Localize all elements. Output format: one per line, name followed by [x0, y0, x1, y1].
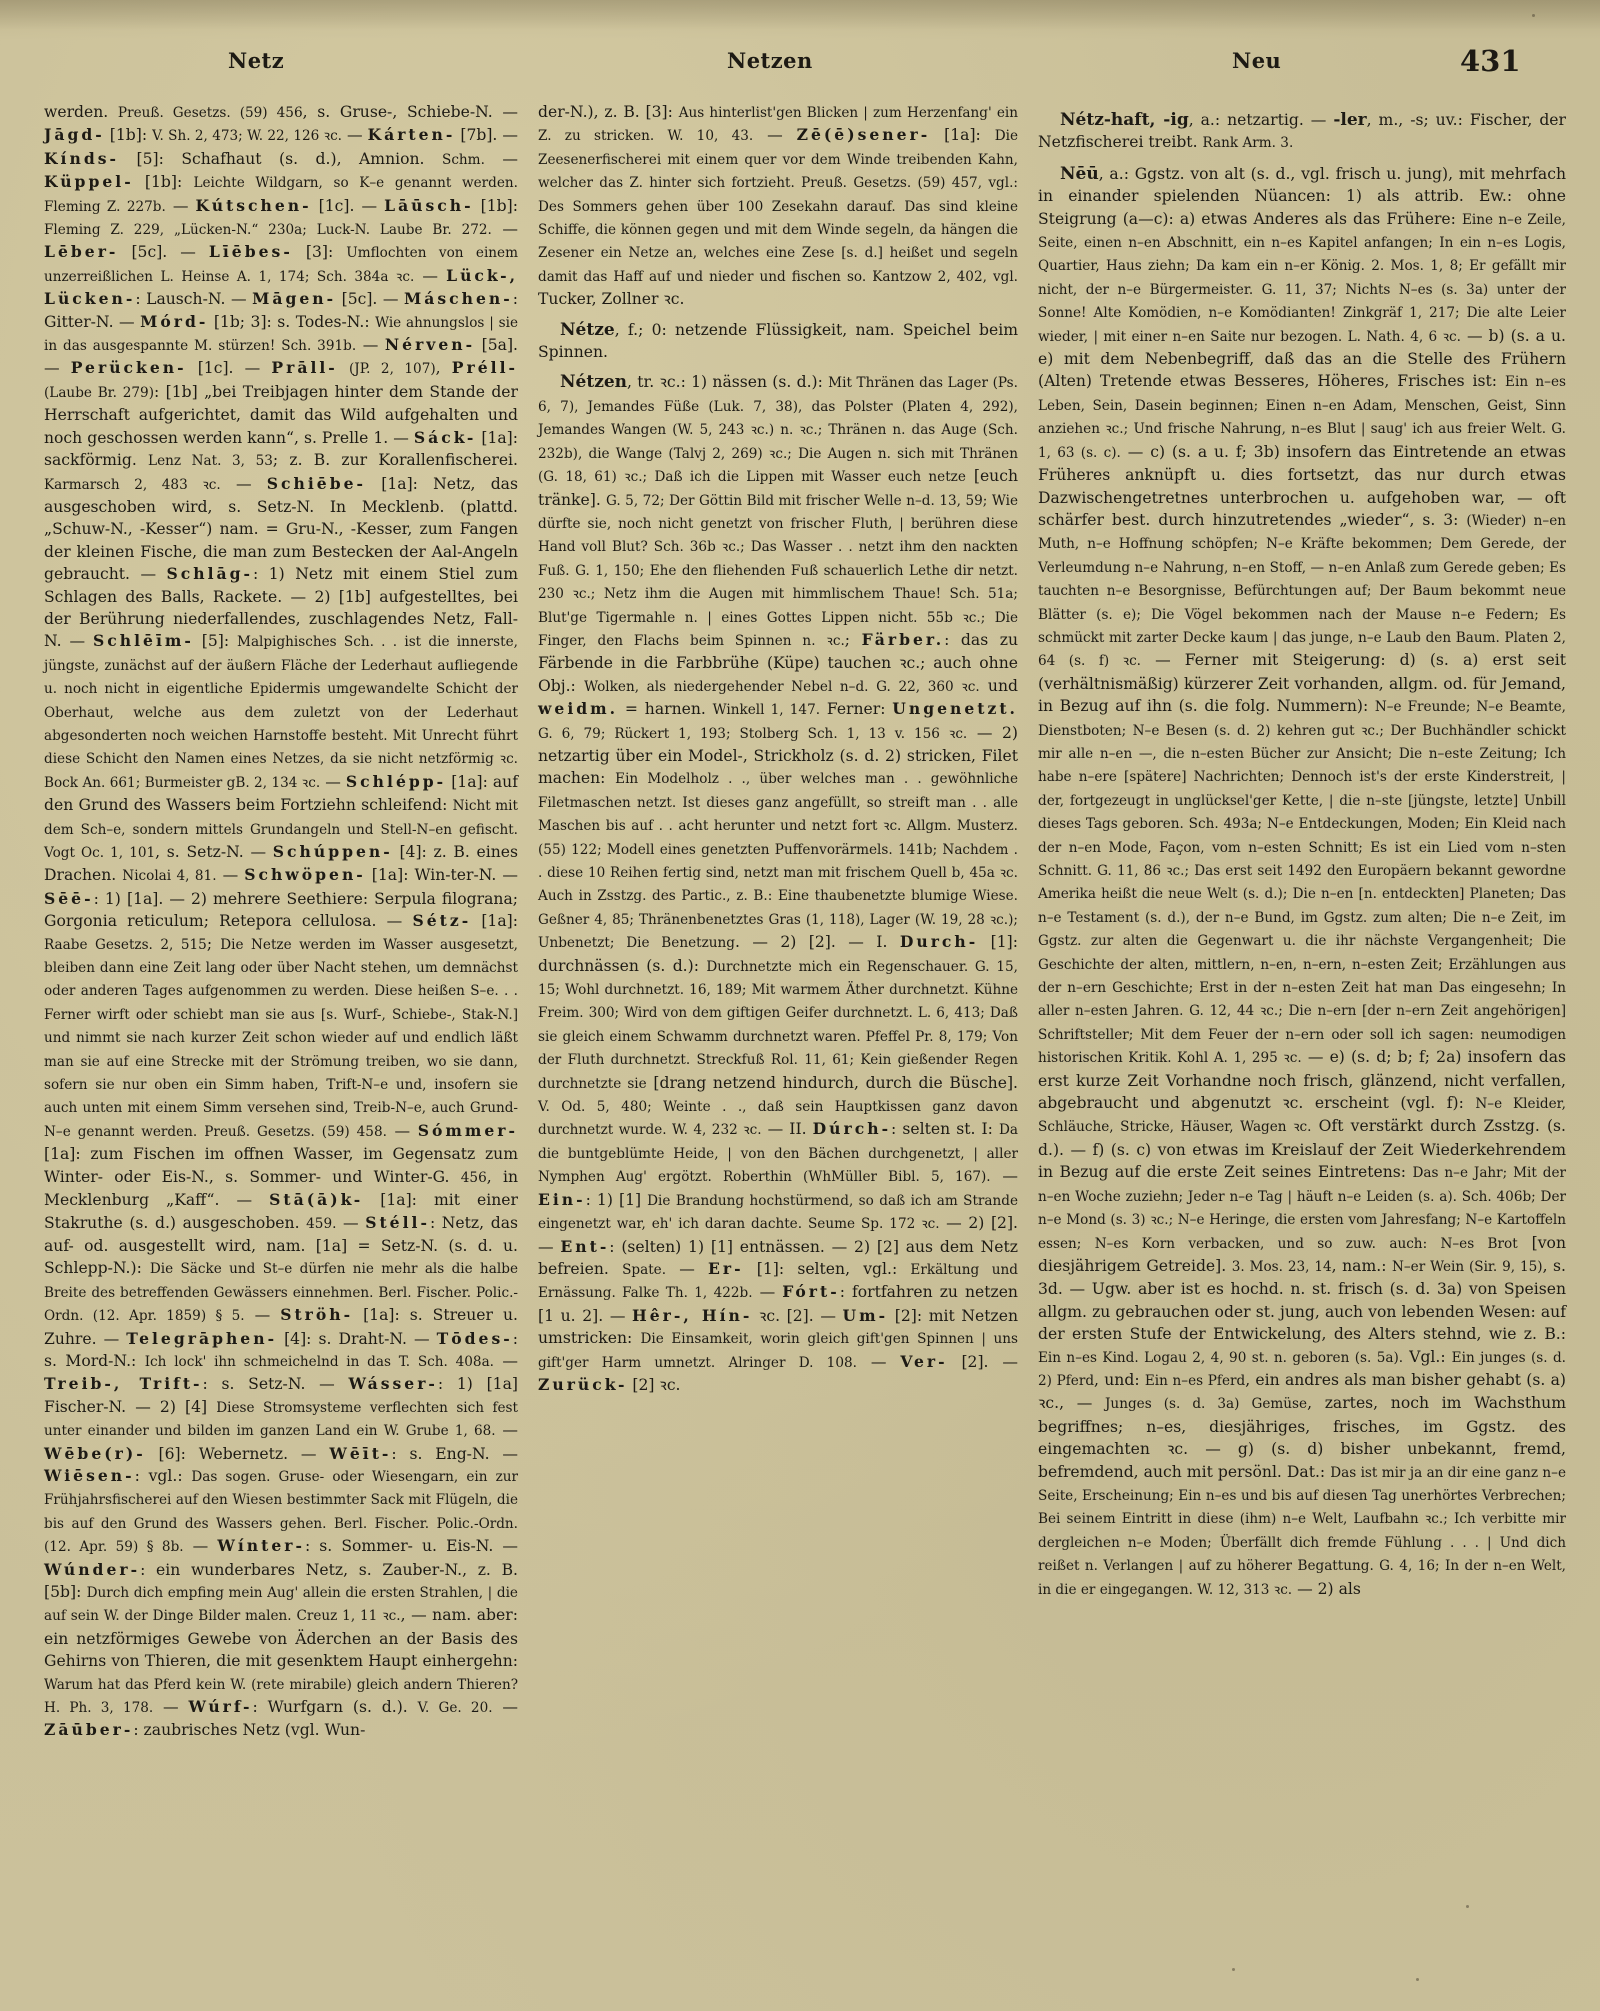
citation-text: Ein Modelholz . ., über welches man . . …: [538, 771, 1018, 951]
citation-text: V. Ge. 20.: [418, 1700, 493, 1716]
compound-lemma: Telegrāphen-: [126, 1329, 277, 1348]
compound-lemma: Zāūber-: [44, 1720, 133, 1739]
compound-lemma: Máschen-: [404, 289, 513, 308]
compound-lemma: Ungenetzt.: [892, 699, 1018, 718]
citation-text: Schm.: [442, 152, 485, 168]
compound-lemma: Wēbe(r)-: [44, 1444, 146, 1463]
definition-text: : s. Sommer- u. Eis-N. —: [305, 1537, 518, 1555]
headword: Nétze: [560, 320, 615, 340]
compound-lemma: Schwöpen-: [244, 865, 366, 884]
compound-lemma: Zurück-: [538, 1375, 627, 1394]
compound-lemma: Schlāg-: [167, 564, 254, 583]
entry-continuation: der-N.), z. B. [3]: Aus hinterlist'gen B…: [538, 101, 1018, 311]
citation-text: Preuß. Gesetzs. (59) 456: [118, 105, 303, 121]
column-left: werden. Preuß. Gesetzs. (59) 456, s. Gru…: [44, 101, 518, 1742]
column-right: Nétz-haft, -ig, a.: netzartig. — -ler, m…: [1038, 101, 1566, 1601]
compound-lemma: Sétz-: [412, 911, 471, 930]
compound-lemma: Färber.: [862, 630, 945, 649]
citation-text: (Laube Br. 279): [44, 385, 154, 401]
compound-lemma: weidm.: [538, 699, 618, 718]
headword: Nétzen: [560, 372, 627, 392]
paper-speck: [1232, 1968, 1235, 1971]
compound-lemma: Hêr-, Hín-: [632, 1306, 752, 1325]
definition-text: [1c]. —: [187, 359, 272, 377]
compound-lemma: Wásser-: [348, 1374, 437, 1393]
definition-text: ; z. B. zur Korallenfischerei.: [273, 451, 518, 469]
definition-text: [7b]. —: [455, 126, 518, 144]
definition-text: —: [753, 126, 796, 144]
definition-text: , nam.:: [1332, 1257, 1392, 1275]
compound-lemma: Māgen-: [252, 289, 336, 308]
citation-text: N–er Wein (Sir. 9, 15): [1392, 1259, 1543, 1275]
citation-text: (Wieder) n–en Muth, n–e Hoffnung schöpfe…: [1038, 513, 1566, 669]
definition-text: : zaubrisches Netz (vgl. Wun-: [133, 1721, 365, 1739]
compound-lemma: Līēbes-: [209, 242, 293, 261]
definition-text: [2] ꝛc.: [627, 1376, 680, 1394]
paper-speck: [1416, 1978, 1419, 1981]
compound-lemma: Zē(ē)sener-: [797, 125, 931, 144]
definition-text: —: [245, 1306, 281, 1324]
citation-text: Spate.: [622, 1262, 666, 1278]
compound-lemma: Kútschen-: [196, 196, 312, 215]
definition-text: [1b]:: [134, 173, 194, 191]
definition-text: , s. Setz-N. —: [155, 843, 273, 861]
citation-text: Die Netze werden im Wasser ausgesetzt, b…: [44, 937, 518, 1140]
column-middle: der-N.), z. B. [3]: Aus hinterlist'gen B…: [538, 101, 1018, 1396]
citation-text: Nicolai 4, 81.: [122, 868, 216, 884]
compound-lemma: Kínds-: [44, 149, 119, 168]
compound-lemma: Treib-, Trift-: [44, 1374, 203, 1393]
citation-text: N–e Freunde; N–e Beamte, Dienstboten; N–…: [1038, 699, 1566, 1066]
definition-text: : Wurfgarn (s. d.).: [253, 1698, 418, 1716]
definition-text: [1b; 3]: s. Todes-N.:: [208, 313, 375, 331]
compound-lemma: Fórt-: [782, 1282, 840, 1301]
definition-text: —: [857, 1353, 900, 1371]
citation-text: Rank Arm. 3.: [1203, 135, 1294, 151]
citation-text: 3. Mos. 23, 14: [1232, 1259, 1332, 1275]
paper-speck: [1466, 1905, 1469, 1908]
definition-text: , a.: netzartig. —: [1189, 111, 1334, 129]
definition-text: — II.: [762, 1120, 813, 1138]
definition-text: — 2) als: [1292, 1580, 1361, 1598]
compound-lemma: Lēber-: [44, 242, 118, 261]
definition-text: und: [980, 677, 1018, 695]
definition-text: [5c]. —: [118, 243, 209, 261]
compound-lemma: Ströh-: [280, 1305, 353, 1324]
compound-lemma: Durch-: [900, 932, 978, 951]
running-head-right: Neu: [1232, 48, 1281, 73]
definition-text: —: [356, 336, 385, 354]
definition-text: ,: [436, 359, 452, 377]
compound-lemma: Schlēīm-: [93, 631, 194, 650]
dictionary-entry: Nēū, a.: Ggstz. von alt (s. d., vgl. fri…: [1038, 163, 1566, 1601]
compound-lemma: Ein-: [538, 1190, 586, 1209]
definition-text: ;: [845, 631, 862, 649]
compound-lemma: Ent-: [560, 1237, 609, 1256]
definition-text: : 1) [1]: [586, 1191, 648, 1209]
headword: Nétz-haft, -ig: [1060, 110, 1189, 130]
citation-text: Wolken, als niedergehender Nebel n–d. G.…: [584, 679, 980, 695]
paper-speck: [1532, 14, 1535, 17]
compound-lemma: Schlépp-: [346, 772, 446, 791]
citation-text: Ein n–es Pferd: [1145, 1373, 1245, 1389]
compound-lemma: Nérven-: [385, 335, 475, 354]
dictionary-entry: Nétz-haft, -ig, a.: netzartig. — -ler, m…: [1038, 109, 1566, 155]
running-head: Netz Netzen Neu 431: [0, 48, 1600, 88]
definition-text: —: [485, 150, 518, 168]
definition-text: —: [217, 866, 245, 884]
citation-text: Raabe Gesetzs. 2, 515: [44, 937, 207, 953]
compound-lemma: Wínter-: [217, 1536, 305, 1555]
compound-lemma: Sēē-: [44, 889, 94, 908]
compound-lemma: Er-: [708, 1259, 744, 1278]
compound-lemma: Préll-: [452, 358, 518, 377]
definition-text: ;: [207, 935, 220, 953]
citation-text: Das ist mir ja an dir eine ganz n–e Seit…: [1038, 1465, 1566, 1598]
compound-lemma: Um-: [843, 1306, 889, 1325]
definition-text: —: [492, 220, 518, 238]
citation-text: Durchnetzte mich ein Regenschauer. G. 15…: [538, 959, 1018, 1092]
definition-text: : vgl.:: [135, 1467, 192, 1485]
definition-text: , tr. ꝛc.: 1) nässen (s. d.):: [627, 373, 828, 391]
page-top-edge: [0, 0, 1600, 30]
definition-text: —: [753, 1283, 783, 1301]
compound-lemma: Stéll-: [365, 1213, 430, 1232]
compound-lemma: Perücken-: [71, 358, 187, 377]
headword: -ler: [1333, 110, 1366, 130]
citation-text: Winkell 1, 147.: [713, 702, 820, 718]
compound-lemma: Küppel-: [44, 172, 134, 191]
running-head-left: Netz: [228, 48, 284, 73]
definition-text: —: [666, 1260, 708, 1278]
compound-lemma: Wēīt-: [329, 1444, 391, 1463]
running-head-center: Netzen: [727, 48, 813, 73]
entry-continuation: werden. Preuß. Gesetzs. (59) 456, s. Gru…: [44, 101, 518, 1742]
compound-lemma: Mórd-: [140, 312, 208, 331]
compound-lemma: Kárten-: [368, 125, 456, 144]
citation-text: 459.: [306, 1216, 336, 1232]
citation-text: G. 6, 79; Rückert 1, 193; Stolberg Sch. …: [538, 726, 967, 742]
definition-text: [5c]. —: [336, 290, 404, 308]
compound-lemma: Schiēbe-: [267, 474, 366, 493]
compound-lemma: Tōdes-: [437, 1329, 513, 1348]
definition-text: ꝛc. [2]. —: [752, 1307, 842, 1325]
citation-text: Eine n–e Zeile, Seite, einen n–en Abschn…: [1038, 212, 1566, 345]
definition-text: —: [387, 1122, 418, 1140]
definition-text: [1a]:: [471, 912, 518, 930]
definition-text: : s. Eng-N. —: [391, 1445, 518, 1463]
compound-lemma: Sáck-: [414, 428, 477, 447]
definition-text: —: [494, 1352, 518, 1370]
citation-text: (JP. 2, 107): [349, 361, 436, 377]
definition-text: —: [342, 126, 368, 144]
definition-text: [1b]:: [474, 197, 518, 215]
compound-lemma: Dúrch-: [813, 1119, 891, 1138]
definition-text: , und:: [1094, 1371, 1145, 1389]
definition-text: —: [991, 1167, 1018, 1185]
definition-text: [1a]: Win-ter-N. —: [366, 866, 518, 884]
definition-text: der-N.), z. B. [3]:: [538, 103, 679, 121]
definition-text: , s. Gruse-, Schiebe-N. —: [303, 103, 518, 121]
definition-text: [2]. —: [948, 1353, 1018, 1371]
definition-text: : s. Setz-N. —: [203, 1375, 349, 1393]
definition-text: Tucker, Zollner ꝛc.: [538, 290, 684, 308]
citation-text: V. Sh. 2, 473; W. 22, 126 ꝛc.: [152, 128, 342, 144]
definition-text: —: [496, 1421, 518, 1439]
definition-text: Vgl.:: [1403, 1348, 1452, 1366]
compound-lemma: Ver-: [900, 1352, 947, 1371]
definition-text: [4]: s. Draht-N. —: [277, 1330, 437, 1348]
dictionary-entry: Nétzen, tr. ꝛc.: 1) nässen (s. d.): Mit …: [538, 371, 1018, 1396]
citation-text: Ein n–es Kind. Logau 2, 4, 90 st. n. geb…: [1038, 1350, 1403, 1366]
definition-text: = harnen.: [618, 700, 713, 718]
definition-text: [1c]. —: [312, 197, 385, 215]
definition-text: —: [184, 1537, 218, 1555]
definition-text: —: [166, 197, 196, 215]
definition-text: : Lausch-N. —: [135, 290, 252, 308]
definition-text: . — 2) [2]. — I.: [735, 933, 900, 951]
compound-lemma: Wiēsen-: [44, 1466, 135, 1485]
definition-text: [1b]:: [105, 126, 152, 144]
compound-lemma: Wúnder-: [44, 1560, 140, 1579]
definition-text: [1a]:: [930, 126, 994, 144]
citation-text: Die Zeesenerfischerei mit einem quer vor…: [538, 128, 1018, 284]
definition-text: [drang netzend hindurch, durch die Büsch…: [647, 1074, 1018, 1092]
compound-lemma: Prāll-: [271, 358, 337, 377]
citation-text: Karmarsch 2, 483 ꝛc.: [44, 477, 221, 493]
dictionary-entry: Nétze, f.; 0: netzende Flüssigkeit, nam.…: [538, 319, 1018, 364]
compound-lemma: Schúppen-: [273, 842, 393, 861]
headword: Nēū: [1060, 164, 1099, 184]
definition-text: : selten st. I:: [891, 1120, 999, 1138]
text-columns: werden. Preuß. Gesetzs. (59) 456, s. Gru…: [44, 101, 1566, 1861]
definition-text: —: [336, 1214, 365, 1232]
definition-text: —: [320, 773, 346, 791]
definition-text: werden.: [44, 103, 118, 121]
citation-text: 456: [461, 1170, 487, 1186]
definition-text: —: [414, 267, 446, 285]
definition-text: [1a]: zum Fischen im offnen Wasser, im G…: [44, 1145, 518, 1185]
citation-text: Fleming Z. 229, „Lücken-N.“ 230a; Luck-N…: [44, 222, 492, 238]
compound-lemma: Wúrf-: [188, 1697, 252, 1716]
definition-text: [338, 359, 349, 377]
definition-text: [5]: Schafhaut (s. d.), Amnion.: [119, 150, 442, 168]
definition-text: —: [221, 475, 267, 493]
definition-text: —: [153, 1698, 188, 1716]
citation-text: Ich lock' ihn schmeichelnd in das T. Sch…: [145, 1354, 494, 1370]
citation-text: Malpighisches Sch. . . ist die innerste,…: [44, 634, 518, 790]
page-number: 431: [1460, 44, 1521, 78]
citation-text: G. 5, 72; Der Göttin Bild mit frischer W…: [538, 493, 1018, 649]
citation-text: Lenz Nat. 3, 53: [148, 453, 273, 469]
compound-lemma: Jāgd-: [44, 125, 105, 144]
definition-text: [5]:: [194, 632, 237, 650]
compound-lemma: Stā(ā)k-: [269, 1190, 363, 1209]
definition-text: [6]: Webernetz. —: [146, 1445, 330, 1463]
compound-lemma: Sómmer-: [418, 1121, 518, 1140]
definition-text: [3]:: [293, 243, 346, 261]
citation-text: Junges (s. d. 3a) Gemüse: [1105, 1396, 1307, 1412]
definition-text: —: [493, 1698, 518, 1716]
compound-lemma: Lāūsch-: [384, 196, 474, 215]
definition-text: [1]: selten, vgl.:: [744, 1260, 911, 1278]
definition-text: Ferner:: [820, 700, 892, 718]
